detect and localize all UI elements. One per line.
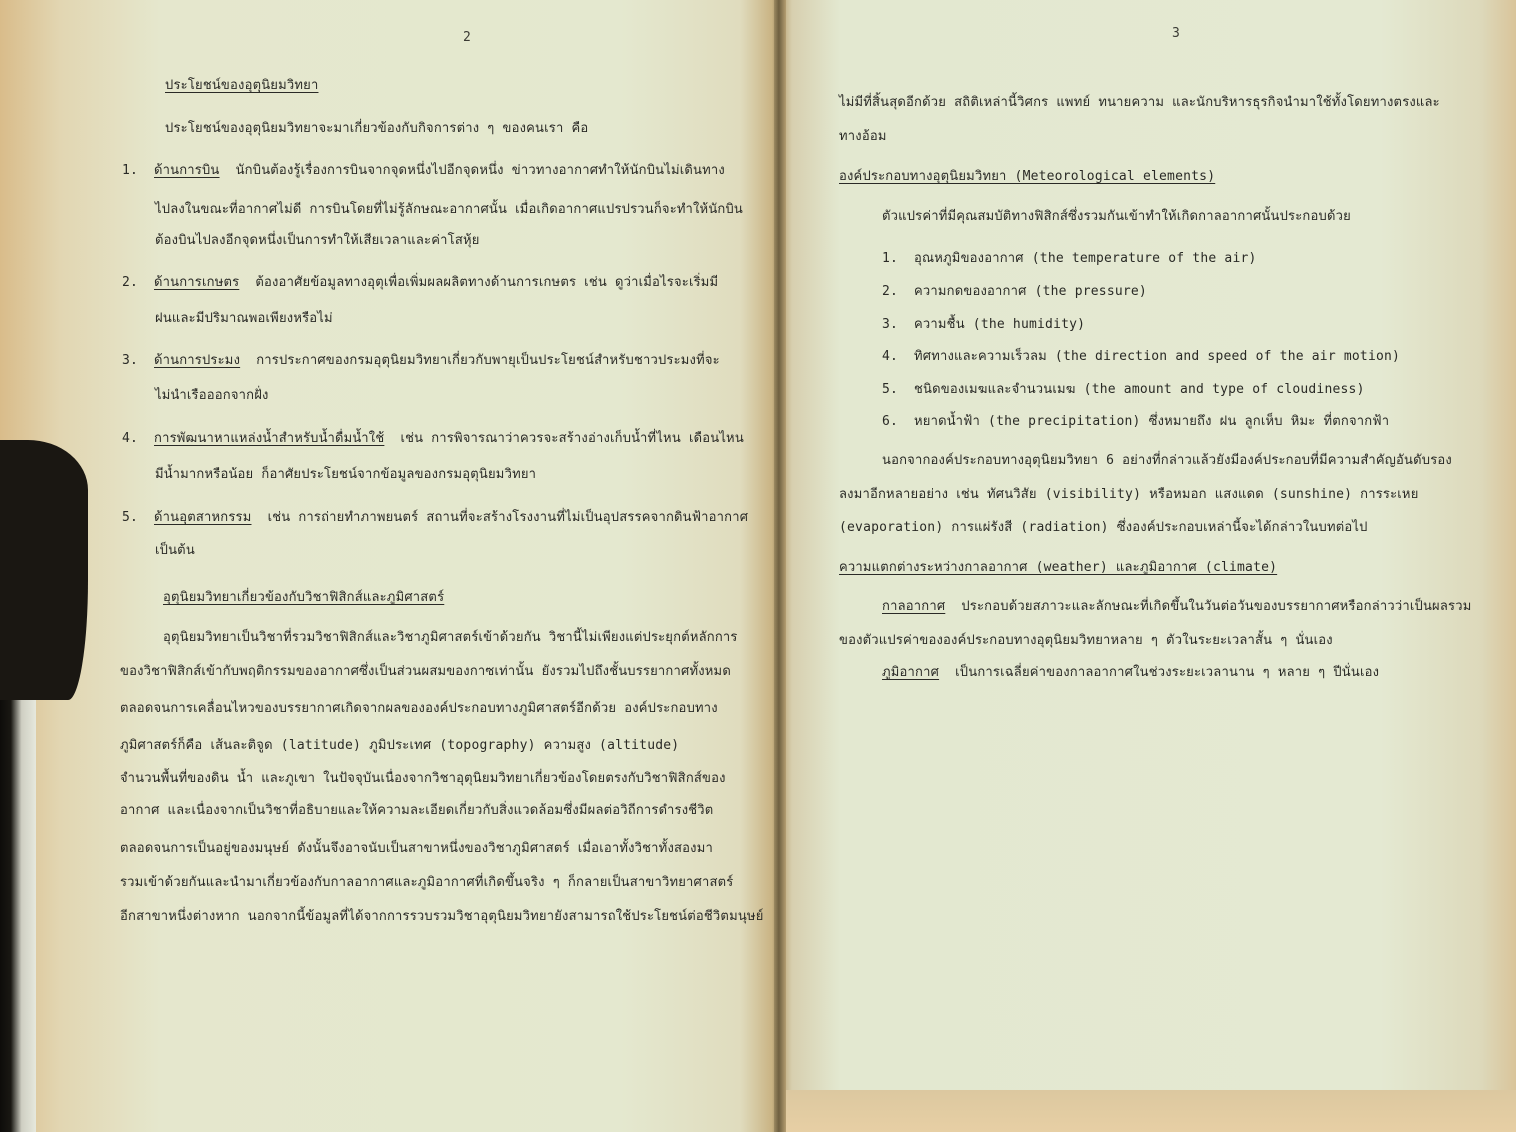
term: กาลอากาศ xyxy=(882,599,945,614)
book-spine xyxy=(774,0,786,1132)
right-page: 3 ไม่มีที่สิ้นสุดอีกด้วย สถิติเหล่านี้วิ… xyxy=(780,0,1516,1132)
paragraph-line: อุตุนิยมวิทยาเป็นวิชาที่รวมวิชาฟิสิกส์แล… xyxy=(163,629,738,647)
item-title: ด้านอุตสาหกรรม xyxy=(154,510,252,525)
paragraph-line: รวมเข้าด้วยกันและนำมาเกี่ยวข้องกับกาลอาก… xyxy=(120,874,733,892)
paragraph-line: ตลอดจนการเคลื่อนไหวของบรรยากาศเกิดจากผลข… xyxy=(120,700,718,718)
item-text: ไม่นำเรือออกจากฝั่ง xyxy=(155,387,269,405)
item-number: 1. xyxy=(882,250,914,268)
list-item: 2.ความกดของอากาศ (the pressure) xyxy=(882,283,1147,301)
item-text: ฝนและมีปริมาณพอเพียงหรือไม่ xyxy=(155,310,333,328)
item-text: ความชื้น (the humidity) xyxy=(914,317,1085,332)
paragraph-line: ภูมิศาสตร์ก็คือ เส้นละติจูด (latitude) ภ… xyxy=(120,737,679,755)
paragraph-line: ลงมาอีกหลายอย่าง เช่น ทัศนวิสัย (visibil… xyxy=(839,486,1419,504)
list-item: 4.การพัฒนาหาแหล่งน้ำสำหรับน้ำดื่มน้ำใช้ … xyxy=(122,430,744,448)
page-number: 3 xyxy=(1172,26,1180,41)
list-item: 5.ด้านอุตสาหกรรม เช่น การถ่ายทำภาพยนตร์ … xyxy=(122,509,748,527)
intro-paragraph: ประโยชน์ของอุตุนิยมวิทยาจะมาเกี่ยวข้องกั… xyxy=(165,120,588,138)
paragraph-line: (evaporation) การแผ่รังสี (radiation) ซึ… xyxy=(839,519,1368,537)
item-text: หยาดน้ำฟ้า (the precipitation) ซึ่งหมายถ… xyxy=(914,414,1389,429)
list-item: 5.ชนิดของเมฆและจำนวนเมฆ (the amount and … xyxy=(882,381,1365,399)
item-text: ไปลงในขณะที่อากาศไม่ดี การบินโดยที่ไม่รู… xyxy=(155,201,743,219)
item-text: ต้องอาศัยข้อมูลทางอุตุเพื่อเพิ่มผลผลิตทา… xyxy=(255,275,718,290)
list-item: 1.ด้านการบิน นักบินต้องรู้เรื่องการบินจา… xyxy=(122,162,725,180)
page-edge-shadow xyxy=(0,640,36,1132)
definition-weather: กาลอากาศ ประกอบด้วยสภาวะและลักษณะที่เกิด… xyxy=(882,598,1471,616)
paragraph-line: อีกสาขาหนึ่งต่างหาก นอกจากนี้ข้อมูลที่ได… xyxy=(120,908,764,926)
list-item: 6.หยาดน้ำฟ้า (the precipitation) ซึ่งหมา… xyxy=(882,413,1389,431)
dark-object-overlay xyxy=(0,440,88,700)
left-page: 2 ประโยชน์ของอุตุนิยมวิทยา ประโยชน์ของอุ… xyxy=(0,0,780,1132)
section-heading: ประโยชน์ของอุตุนิยมวิทยา xyxy=(165,77,318,95)
paragraph-line: ของตัวแปรค่าขององค์ประกอบทางอุตุนิยมวิทย… xyxy=(839,632,1333,650)
item-number: 2. xyxy=(122,274,154,292)
item-text: เป็นต้น xyxy=(155,542,195,560)
paragraph-line: จำนวนพื้นที่ของดิน น้ำ และภูเขา ในปัจจุบ… xyxy=(120,770,726,788)
item-text: ต้องบินไปลงอีกจุดหนึ่งเป็นการทำให้เสียเว… xyxy=(155,232,480,250)
item-number: 2. xyxy=(882,283,914,301)
item-number: 4. xyxy=(882,348,914,366)
term: ภูมิอากาศ xyxy=(882,665,939,680)
item-text: เช่น การพิจารณาว่าควรจะสร้างอ่างเก็บน้ำท… xyxy=(400,431,743,446)
item-number: 5. xyxy=(882,381,914,399)
item-text: อุณหภูมิของอากาศ (the temperature of the… xyxy=(914,251,1257,266)
list-item: 3.ด้านการประมง การประกาศของกรมอุตุนิยมวิ… xyxy=(122,352,720,370)
page-number: 2 xyxy=(463,30,471,45)
section-heading: ความแตกต่างระหว่างกาลอากาศ (weather) และ… xyxy=(839,559,1277,577)
item-number: 5. xyxy=(122,509,154,527)
item-title: ด้านการเกษตร xyxy=(154,275,239,290)
paragraph-line: ตัวแปรค่าที่มีคุณสมบัติทางฟิสิกส์ซึ่งรวม… xyxy=(882,208,1351,226)
list-item: 1.อุณหภูมิของอากาศ (the temperature of t… xyxy=(882,250,1257,268)
book-spread: 2 ประโยชน์ของอุตุนิยมวิทยา ประโยชน์ของอุ… xyxy=(0,0,1516,1132)
item-number: 6. xyxy=(882,413,914,431)
paragraph-line: นอกจากองค์ประกอบทางอุตุนิยมวิทยา 6 อย่าง… xyxy=(882,452,1452,470)
item-text: มีน้ำมากหรือน้อย ก็อาศัยประโยชน์จากข้อมู… xyxy=(155,466,536,484)
paragraph-line: อากาศ และเนื่องจากเป็นวิชาที่อธิบายและให… xyxy=(120,802,713,820)
item-title: การพัฒนาหาแหล่งน้ำสำหรับน้ำดื่มน้ำใช้ xyxy=(154,431,384,446)
list-item: 4.ทิศทางและความเร็วลม (the direction and… xyxy=(882,348,1400,366)
item-number: 3. xyxy=(882,316,914,334)
paragraph-line: ของวิชาฟิสิกส์เข้ากับพฤติกรรมของอากาศซึ่… xyxy=(120,663,731,681)
item-number: 4. xyxy=(122,430,154,448)
list-item: 2.ด้านการเกษตร ต้องอาศัยข้อมูลทางอุตุเพื… xyxy=(122,274,718,292)
paragraph-line: ตลอดจนการเป็นอยู่ของมนุษย์ ดังนั้นจึงอาจ… xyxy=(120,840,713,858)
section-heading: อุตุนิยมวิทยาเกี่ยวข้องกับวิชาฟิสิกส์และ… xyxy=(163,589,444,607)
item-number: 3. xyxy=(122,352,154,370)
item-text: ชนิดของเมฆและจำนวนเมฆ (the amount and ty… xyxy=(914,382,1365,397)
definition-climate: ภูมิอากาศ เป็นการเฉลี่ยค่าของกาลอากาศในช… xyxy=(882,664,1379,682)
item-text: การประกาศของกรมอุตุนิยมวิทยาเกี่ยวกับพาย… xyxy=(256,353,720,368)
definition-text: เป็นการเฉลี่ยค่าของกาลอากาศในช่วงระยะเวล… xyxy=(955,665,1379,680)
section-heading: องค์ประกอบทางอุตุนิยมวิทยา (Meteorologic… xyxy=(839,168,1215,186)
item-title: ด้านการบิน xyxy=(154,163,220,178)
item-number: 1. xyxy=(122,162,154,180)
item-text: เช่น การถ่ายทำภาพยนตร์ สถานที่จะสร้างโรง… xyxy=(268,510,749,525)
item-text: ความกดของอากาศ (the pressure) xyxy=(914,284,1147,299)
item-text: นักบินต้องรู้เรื่องการบินจากจุดหนึ่งไปอี… xyxy=(236,163,725,178)
paragraph-line: ทางอ้อม xyxy=(839,128,887,146)
list-item: 3.ความชื้น (the humidity) xyxy=(882,316,1085,334)
definition-text: ประกอบด้วยสภาวะและลักษณะที่เกิดขึ้นในวัน… xyxy=(961,599,1471,614)
paragraph-line: ไม่มีที่สิ้นสุดอีกด้วย สถิติเหล่านี้วิศก… xyxy=(839,94,1440,112)
item-text: ทิศทางและความเร็วลม (the direction and s… xyxy=(914,349,1400,364)
item-title: ด้านการประมง xyxy=(154,353,240,368)
